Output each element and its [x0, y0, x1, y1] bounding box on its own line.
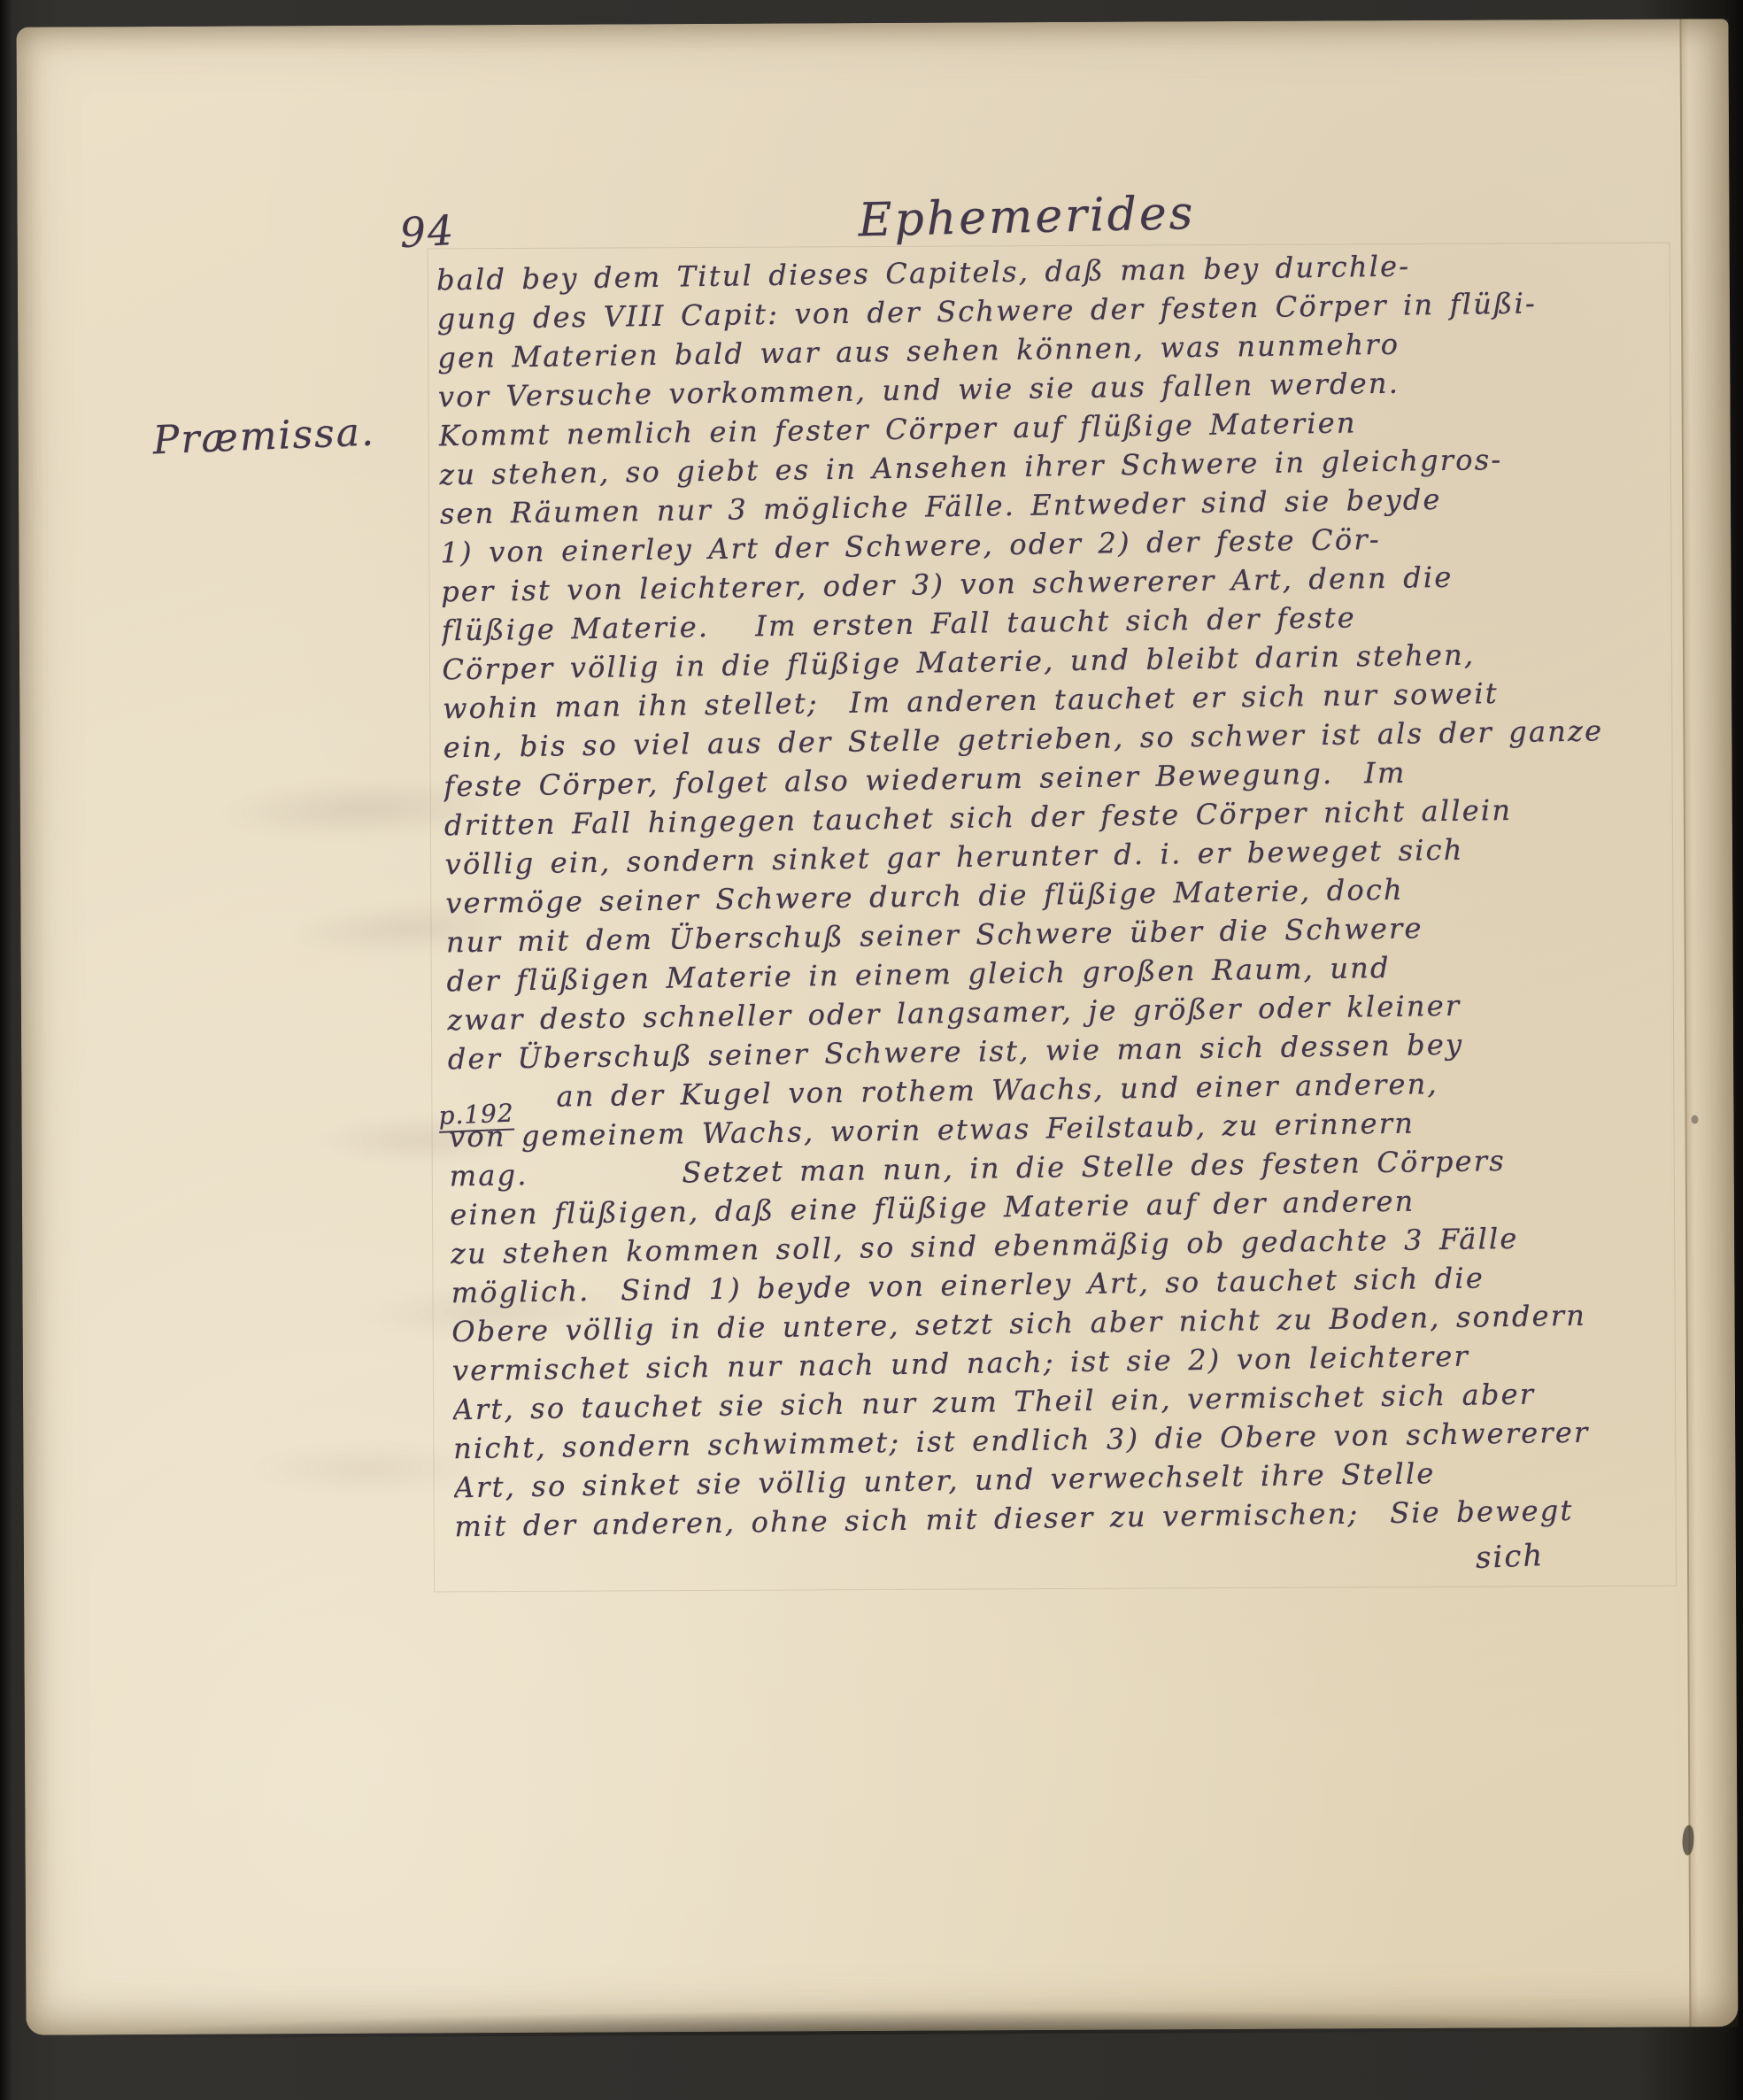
- page-number: 94: [398, 206, 457, 257]
- running-head: Ephemerides: [858, 187, 1196, 247]
- margin-reference: p.192: [438, 1099, 515, 1133]
- page-edge-strip: [1681, 19, 1738, 2027]
- catchword: sich: [1475, 1538, 1545, 1576]
- margin-note: Præmissa.: [152, 409, 376, 463]
- ink-blot: [1691, 1115, 1698, 1123]
- page-bottom-shadow: [26, 2005, 1738, 2038]
- scan-background: 94 Ephemerides Præmissa. bald bey dem Ti…: [0, 0, 1743, 2100]
- text-block: bald bey dem Titul dieses Capitels, daß …: [436, 243, 1691, 1571]
- manuscript-page: 94 Ephemerides Præmissa. bald bey dem Ti…: [16, 19, 1738, 2034]
